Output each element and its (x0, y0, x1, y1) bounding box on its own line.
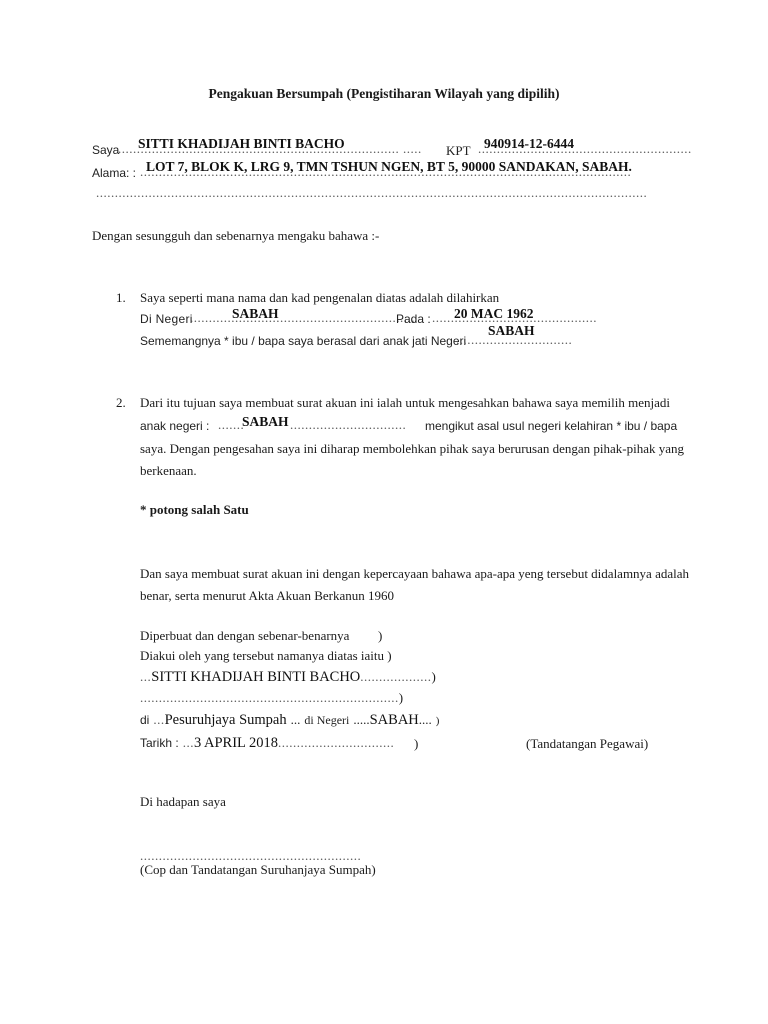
name-value: SITTI KHADIJAH BINTI BACHO (138, 136, 345, 152)
signing-line2: Diakui oleh yang tersebut namanya diatas… (140, 648, 392, 664)
signing-paren-tarikh: ) (414, 736, 418, 752)
kpt-value: 940914-12-6444 (484, 136, 574, 152)
signing-di-negeri-label: di Negeri (304, 713, 349, 727)
item1-negeri-dots: ........................................… (190, 310, 415, 326)
item2-anak-negeri-value: SABAH (242, 414, 289, 430)
address-value: LOT 7, BLOK K, LRG 9, TMN TSHUN NGEN, BT… (146, 159, 632, 175)
signing-di-negeri-value: SABAH (370, 712, 419, 728)
item2-number: 2. (116, 395, 126, 411)
kpt-label: KPT (446, 143, 471, 159)
item2-line2-rest: mengikut asal usul negeri kelahiran * ib… (425, 419, 677, 433)
signing-blank-line: ........................................… (140, 689, 403, 707)
item1-negeri-label: Di Negeri (140, 312, 193, 326)
item2-line4: berkenaan. (140, 463, 197, 479)
item2-anak-negeri-label: anak negeri : (140, 419, 209, 433)
witness-caption: (Cop dan Tandatangan Suruhanjaya Sumpah) (140, 862, 376, 878)
signing-name-value: SITTI KHADIJAH BINTI BACHO (151, 669, 360, 685)
signing-name-line: ...SITTI KHADIJAH BINTI BACHO...........… (140, 668, 436, 686)
item1-pada-value: 20 MAC 1962 (454, 306, 534, 322)
signing-paren-1: ) (378, 628, 382, 644)
signing-di-line: di ...Pesuruhjaya Sumpah ... di Negeri .… (140, 711, 439, 729)
signing-di-value: Pesuruhjaya Sumpah (165, 712, 287, 728)
address-dots-line2: ........................................… (96, 185, 647, 201)
signing-line1: Diperbuat dan dengan sebenar-benarnya (140, 628, 349, 644)
item1-pada-label: Pada : (396, 312, 431, 326)
item1-number: 1. (116, 290, 126, 306)
address-label: Alama: : (92, 166, 136, 180)
item2-note: * potong salah Satu (140, 502, 249, 518)
item1-line1: Saya seperti mana nama dan kad pengenala… (140, 290, 499, 306)
signing-tarikh-value: 3 APRIL 2018 (194, 735, 278, 751)
signing-tarikh-line: Tarikh : ...3 APRIL 2018................… (140, 734, 394, 752)
item1-negeri-value: SABAH (232, 306, 279, 322)
item2-line3: saya. Dengan pengesahan saya ini diharap… (140, 441, 684, 457)
name-label: Saya (92, 143, 119, 157)
item2-line1: Dari itu tujuan saya membuat surat akuan… (140, 395, 670, 411)
item1-sememangnya-text: Sememangnya * ibu / bapa saya berasal da… (140, 334, 466, 348)
item1-sememangnya-value: SABAH (488, 323, 535, 339)
item2-anak-negeri-dots: ....... (218, 417, 244, 433)
signing-di-label: di (140, 713, 149, 727)
document-title: Pengakuan Bersumpah (Pengistiharan Wilay… (0, 86, 768, 102)
witness-label: Di hadapan saya (140, 794, 226, 810)
officer-signature-caption: (Tandatangan Pegawai) (526, 736, 648, 752)
item2-anak-negeri-dots2: ............................... (290, 417, 406, 433)
intro-text: Dengan sesungguh dan sebenarnya mengaku … (92, 228, 379, 244)
declaration-line2: benar, serta menurut Akta Akuan Berkanun… (140, 588, 394, 604)
declaration-line1: Dan saya membuat surat akuan ini dengan … (140, 566, 689, 582)
signing-tarikh-label: Tarikh : (140, 736, 179, 750)
